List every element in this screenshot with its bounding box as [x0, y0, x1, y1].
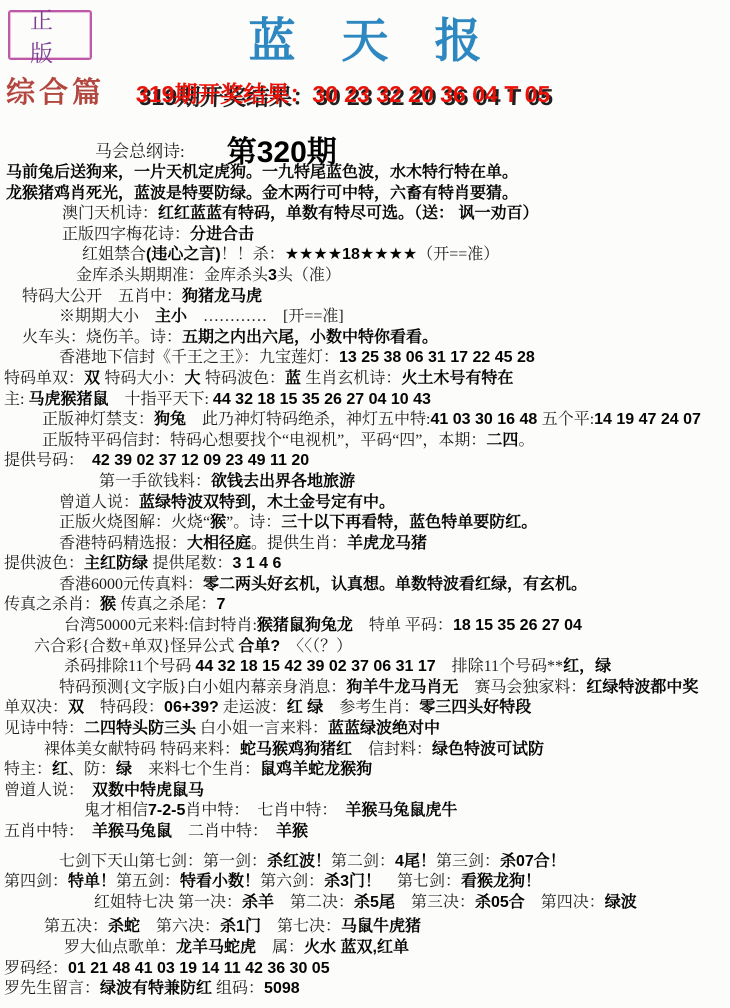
text-segment: ！！杀：	[221, 246, 285, 263]
draw-result-line: 319期开奖结果：30 23 32 20 36 04 T 05	[135, 76, 550, 109]
text-segment: 猴猪鼠狗兔龙	[257, 617, 353, 634]
text-segment: 单双决：	[4, 699, 68, 716]
text-segment: 属：	[256, 939, 304, 956]
text-segment: 肖中特： 七肖中特：	[185, 802, 345, 819]
text-segment: 绿波有特兼防红	[100, 980, 212, 997]
text-segment: ※期期大小	[59, 308, 155, 325]
text-segment: 第四决：	[525, 894, 605, 911]
text-segment: 见诗中特：	[4, 720, 84, 737]
text-segment: 特看小数！	[180, 873, 260, 890]
report-line: 特码预测{文字版}白小姐内幕亲身消息：狗羊牛龙马肖无 赛马会独家料：红绿特波都中…	[4, 678, 730, 699]
report-line: 龙猴猪鸡肖死光，蓝波是特要防绿。金木两行可中特，六畜有特肖要猜。	[4, 184, 730, 205]
text-segment: 龙羊马蛇虎	[176, 939, 256, 956]
text-segment: 杀羊	[242, 894, 274, 911]
text-segment: 5098	[264, 980, 300, 997]
text-segment: 蓝绿特波双特到，木土金号定有中。	[139, 494, 395, 511]
text-segment: 鼠鸡羊蛇龙猴狗	[260, 761, 372, 778]
report-line: 提供波色：主红防绿 提供尾数：3 1 4 6	[4, 554, 730, 575]
text-segment: 01 21 48 41 03 19 14 11 42 36 30 05	[68, 960, 330, 977]
text-segment: 42 39 02 37 12 09 23 49 11 20	[92, 452, 309, 469]
text-segment: 马前兔后送狗来，一片天机定虎狗。一九特尾蓝色波，水木特行特在单。	[6, 164, 518, 181]
text-segment: 二四特头防三头	[84, 720, 196, 737]
report-line: 罗大仙点歌单：龙羊马蛇虎 属：火水 蓝双,红单	[4, 938, 730, 959]
report-line: 传真之杀肖：猴 传真之杀尾：7	[4, 595, 730, 616]
text-segment: 猴	[100, 596, 120, 613]
text-segment: 杀红波！	[267, 853, 331, 870]
text-segment: 44 32 18 15 35 26 27 04 10 43	[213, 391, 431, 408]
text-segment: 绿	[116, 761, 132, 778]
text-segment: 二四	[486, 432, 518, 449]
text-segment: 分进合击	[190, 226, 254, 243]
text-segment: 第六剑：	[260, 873, 324, 890]
text-segment: ★★★★18★★★★	[285, 246, 418, 263]
report-line: 第五决：杀蛇 第六决：杀1门 第七决：马鼠牛虎猪	[4, 917, 730, 938]
text-segment: 羊猴	[276, 823, 308, 840]
report-line: 特码大公开 五肖中：狗猪龙马虎	[4, 287, 730, 308]
report-line: 见诗中特：二四特头防三头 白小姐一言来料：蓝蓝绿波绝对中	[4, 719, 730, 740]
text-segment: 双数中特虎鼠马	[92, 782, 204, 799]
text-segment: 提供波色：	[4, 555, 84, 572]
text-segment: 组码：	[212, 980, 264, 997]
text-segment: 零二两头好玄机，认真想。单数特波看红绿，有玄机。	[203, 576, 587, 593]
report-line: 红姐禁合(违心之言)！！杀：★★★★18★★★★（开==准）	[4, 245, 730, 266]
report-body: 马前兔后送狗来，一片天机定虎狗。一九特尾蓝色波，水木特行特在单。龙猴猪鸡肖死光，…	[4, 163, 730, 1000]
report-line: 七剑下天山第七剑：第一剑：杀红波！第二剑：4尾！第三剑：杀07合！	[4, 852, 730, 873]
text-segment: 大	[184, 370, 204, 387]
report-line: 香港特码精选报：大相径庭。提供生肖：羊虎龙马猪	[4, 534, 730, 555]
report-line: 香港地下信封《千王之王》：九宝莲灯：13 25 38 06 31 17 22 4…	[4, 348, 730, 369]
text-segment: 。	[518, 432, 534, 449]
text-segment: 猴	[210, 514, 226, 531]
text-segment: 杀码排除11个号码	[64, 658, 195, 675]
text-segment: 杀蛇	[108, 918, 140, 935]
text-segment: 第二剑：	[331, 853, 395, 870]
report-line: 第四剑：特单！第五剑：特看小数！第六剑：杀3门！ 第七剑：看猴龙狗！	[4, 872, 730, 893]
report-line: 罗码经：01 21 48 41 03 19 14 11 42 36 30 05	[4, 959, 730, 980]
text-segment: 羊虎龙马猪	[347, 535, 427, 552]
section-label: 综合篇	[6, 70, 105, 111]
text-segment: 香港地下信封《千王之王》：九宝莲灯：	[59, 349, 339, 366]
text-segment: 二肖中特：	[172, 823, 276, 840]
text-segment: 41 03 30 16 48	[430, 411, 541, 428]
text-segment: 第二决：	[274, 894, 354, 911]
text-segment: 正版四字梅花诗：	[62, 226, 190, 243]
text-segment: 白小姐一言来料：	[196, 720, 328, 737]
text-segment: 羊猴马兔鼠	[92, 823, 172, 840]
report-line: 火车头：烧伤羊。诗：五期之内出六尾，小数中特你看看。	[4, 328, 730, 349]
text-segment: 狗猪龙马虎	[182, 288, 262, 305]
text-segment: 罗大仙点歌单：	[64, 939, 176, 956]
text-segment: 五肖中特：	[4, 823, 92, 840]
text-segment: 特码大公开 五肖中：	[22, 288, 182, 305]
text-segment: 台湾50000元来料:信封特肖:	[64, 617, 257, 634]
report-line: 鬼才相信7-2-5肖中特： 七肖中特： 羊猴马兔鼠虎牛	[4, 801, 730, 822]
text-segment: 提供号码：	[4, 452, 92, 469]
text-segment: 第七决：	[261, 918, 341, 935]
report-line: 台湾50000元来料:信封特肖:猴猪鼠狗兔龙 特单 平码：18 15 35 26…	[4, 616, 730, 637]
report-line: 正版火烧图解：火烧“猴”。诗：三十以下再看特，蓝色特单要防红。	[4, 513, 730, 534]
text-segment: 合单?	[238, 638, 280, 655]
text-segment: 杀07合！	[500, 853, 566, 870]
report-line: 正版神灯禁支：狗兔 此乃神灯特码绝杀，神灯五中特:41 03 30 16 48 …	[4, 410, 730, 431]
text-segment: 红红蓝蓝有特码，单数有特尽可选。	[158, 205, 414, 222]
text-segment: 绿波	[605, 894, 637, 911]
text-segment: 杀5尾	[354, 894, 395, 911]
report-line: 正版特平码信封：特码心想要找个“电视机”，平码“四”，本期：二四。	[4, 431, 730, 452]
text-segment: 正版神灯禁支：	[42, 411, 154, 428]
text-segment: 大相径庭	[187, 535, 251, 552]
text-segment: 特主：	[4, 761, 52, 778]
text-segment: 红，绿	[563, 658, 611, 675]
text-segment: 3 1 4 6	[232, 555, 281, 572]
text-segment: 7	[216, 596, 225, 613]
report-line: 六合彩{合数+单双}怪异公式 合单? 〈〈（？）	[4, 637, 730, 658]
text-segment: 特码段：	[84, 699, 164, 716]
report-line: 马前兔后送狗来，一片天机定虎狗。一九特尾蓝色波，水木特行特在单。	[4, 163, 730, 184]
text-segment: 狗兔	[154, 411, 186, 428]
text-segment: 。提供生肖：	[251, 535, 347, 552]
text-segment: 杀3门！	[324, 873, 381, 890]
text-segment: 第三决：	[395, 894, 475, 911]
text-segment: 罗先生留言：	[4, 980, 100, 997]
text-segment: 提供尾数：	[152, 555, 232, 572]
text-segment: 羊猴马兔鼠虎牛	[345, 802, 457, 819]
text-segment: 赛马会独家料：	[458, 679, 586, 696]
masthead-line: 马会总纲诗:第320期	[0, 127, 730, 161]
text-segment: 正版特平码信封：特码心想要找个“电视机”，平码“四”，本期：	[42, 432, 486, 449]
text-segment: 06+39?	[164, 699, 219, 716]
report-line: 曾道人说： 双数中特虎鼠马	[4, 781, 730, 802]
text-segment: 十指平天下:	[108, 391, 212, 408]
text-segment: 排除11个号码**	[436, 658, 563, 675]
text-segment: 主小	[155, 308, 187, 325]
text-segment: 特单 平码：	[353, 617, 453, 634]
report-line: 曾道人说：蓝绿特波双特到，木土金号定有中。	[4, 493, 730, 514]
text-segment: 红	[52, 761, 68, 778]
text-segment: 第一手欲钱料：	[99, 473, 211, 490]
text-segment: 特码预测{文字版}白小姐内幕亲身消息：	[59, 679, 346, 696]
text-segment: 三十以下再看特，蓝色特单要防红。	[281, 514, 537, 531]
text-segment: 特单！	[68, 873, 116, 890]
text-segment: 44 32 18 15 42 39 02 37 06 31 17	[195, 658, 435, 675]
report-line: 五肖中特： 羊猴马兔鼠 二肖中特： 羊猴	[4, 822, 730, 843]
text-segment: 红姐禁合	[82, 246, 146, 263]
text-segment: 18 15 35 26 27 04	[453, 617, 582, 634]
text-segment: 鬼才相信	[84, 802, 148, 819]
report-line: 正版四字梅花诗：分进合击	[4, 225, 730, 246]
text-segment: 七剑下天山第七剑：第一剑：	[59, 853, 267, 870]
text-segment: 裸体美女献特码 特码来料：	[44, 741, 240, 758]
text-segment: 看猴龙狗！	[461, 873, 541, 890]
text-segment: 双	[84, 370, 104, 387]
intro-label: 马会总纲诗:	[95, 142, 185, 161]
report-line: 杀码排除11个号码 44 32 18 15 42 39 02 37 06 31 …	[4, 657, 730, 678]
text-segment: 〈〈（？）	[280, 638, 352, 655]
text-segment: 信封料：	[352, 741, 432, 758]
text-segment: 六合彩{合数+单双}怪异公式	[34, 638, 238, 655]
text-segment: 第六决：	[140, 918, 220, 935]
text-segment: 红绿特波都中奖	[586, 679, 698, 696]
text-segment: 14 19 47 24 07	[594, 411, 701, 428]
text-segment: 13 25 38 06 31 17 22 45 28	[339, 349, 535, 366]
text-segment: 罗码经：	[4, 960, 68, 977]
text-segment: 传真之杀尾：	[120, 596, 216, 613]
report-line: ※期期大小 主小 ………… [开==准]	[4, 307, 730, 328]
report-line: 澳门天机诗：红红蓝蓝有特码，单数有特尽可选。（送： 讽一劝百）	[4, 204, 730, 225]
text-segment: 绿色特波可试防	[432, 741, 544, 758]
text-segment: 第五剑：	[116, 873, 180, 890]
text-segment: 参考生肖：	[323, 699, 419, 716]
text-segment: 来料七个生肖：	[132, 761, 260, 778]
report-line: 裸体美女献特码 特码来料：蛇马猴鸡狗猪红 信封料：绿色特波可试防	[4, 740, 730, 761]
text-segment: 生肖玄机诗：	[305, 370, 401, 387]
text-segment: 蛇马猴鸡狗猪红	[240, 741, 352, 758]
report-line: 单双决：双 特码段：06+39? 走运波：红 绿 参考生肖：零三四头好特段	[4, 698, 730, 719]
text-segment: 零三四头好特段	[419, 699, 531, 716]
text-segment: 红 绿	[287, 699, 323, 716]
report-line: 提供号码： 42 39 02 37 12 09 23 49 11 20	[4, 451, 730, 472]
report-line: 香港6000元传真料：零二两头好玄机，认真想。单数特波看红绿，有玄机。	[4, 575, 730, 596]
text-segment: 第三剑：	[436, 853, 500, 870]
text-segment: 马鼠牛虎猪	[341, 918, 421, 935]
text-segment: 7-2-5	[148, 802, 185, 819]
report-line: 金库杀头期期准：金库杀头3头（准）	[4, 266, 730, 287]
text-segment: 欲钱去出界各地旅游	[211, 473, 355, 490]
text-segment: （开==准）	[417, 246, 499, 263]
text-segment: 蓝	[285, 370, 305, 387]
text-segment: 头（准）	[277, 267, 341, 284]
text-segment: （送： 讽一劝百）	[414, 205, 538, 222]
text-segment: 此乃神灯特码绝杀，神灯五中特:	[186, 411, 430, 428]
text-segment: 红姐特七决 第一决：	[94, 894, 242, 911]
text-segment: 马虎猴猪鼠	[28, 391, 108, 408]
text-segment: 第七剑：	[381, 873, 461, 890]
text-segment: 传真之杀肖：	[4, 596, 100, 613]
text-segment: 香港6000元传真料：	[59, 576, 203, 593]
text-segment: 火土木号有特在	[401, 370, 513, 387]
text-segment: 五个平:	[542, 411, 594, 428]
text-segment: 香港特码精选报：	[59, 535, 187, 552]
text-segment: 3	[268, 267, 277, 284]
report-line: 特码单双：双 特码大小：大 特码波色：蓝 生肖玄机诗：火土木号有特在	[4, 369, 730, 390]
text-segment: 火水 蓝双,红单	[304, 939, 409, 956]
newspaper-page: 正版 蓝天报 综合篇 319期开奖结果：30 23 32 20 36 04 T …	[0, 0, 730, 1008]
text-segment: 曾道人说：	[59, 494, 139, 511]
text-segment: 双	[68, 699, 84, 716]
text-segment: 特码波色：	[205, 370, 285, 387]
text-segment: 杀1门	[220, 918, 261, 935]
text-segment: 五期之内出六尾，小数中特你看看。	[182, 329, 438, 346]
text-segment: 主:	[4, 391, 28, 408]
text-segment: ………… [开==准]	[187, 308, 344, 325]
text-segment: 龙猴猪鸡肖死光，蓝波是特要防绿。金木两行可中特，六畜有特肖要猜。	[6, 185, 518, 202]
report-line: 第一手欲钱料：欲钱去出界各地旅游	[4, 472, 730, 493]
text-segment: 走运波：	[219, 699, 287, 716]
text-segment: 火车头：烧伤羊。诗：	[22, 329, 182, 346]
text-segment: 蓝蓝绿波绝对中	[328, 720, 440, 737]
text-segment: 主红防绿	[84, 555, 152, 572]
text-segment: 金库杀头期期准：金库杀头	[76, 267, 268, 284]
text-segment: ”。诗：	[226, 514, 281, 531]
report-line: 红姐特七决 第一决：杀羊 第二决：杀5尾 第三决：杀05合 第四决：绿波	[4, 893, 730, 914]
page-title: 蓝天报	[0, 4, 730, 71]
text-segment: 狗羊牛龙马肖无	[346, 679, 458, 696]
report-line: 主: 马虎猴猪鼠 十指平天下: 44 32 18 15 35 26 27 04 …	[4, 390, 730, 411]
text-segment: 正版火烧图解：火烧“	[59, 514, 210, 531]
text-segment: 第四剑：	[4, 873, 68, 890]
text-segment: 第五决：	[44, 918, 108, 935]
report-line: 罗先生留言：绿波有特兼防红 组码：5098	[4, 979, 730, 1000]
text-segment: 、防：	[68, 761, 116, 778]
report-line: 特主：红、防：绿 来料七个生肖：鼠鸡羊蛇龙猴狗	[4, 760, 730, 781]
text-segment: 特码大小：	[104, 370, 184, 387]
text-segment: 曾道人说：	[4, 782, 92, 799]
text-segment: 特码单双：	[4, 370, 84, 387]
text-segment: 4尾！	[395, 853, 436, 870]
text-segment: 澳门天机诗：	[62, 205, 158, 222]
text-segment: 杀05合	[475, 894, 525, 911]
text-segment: (违心之言)	[146, 246, 221, 263]
